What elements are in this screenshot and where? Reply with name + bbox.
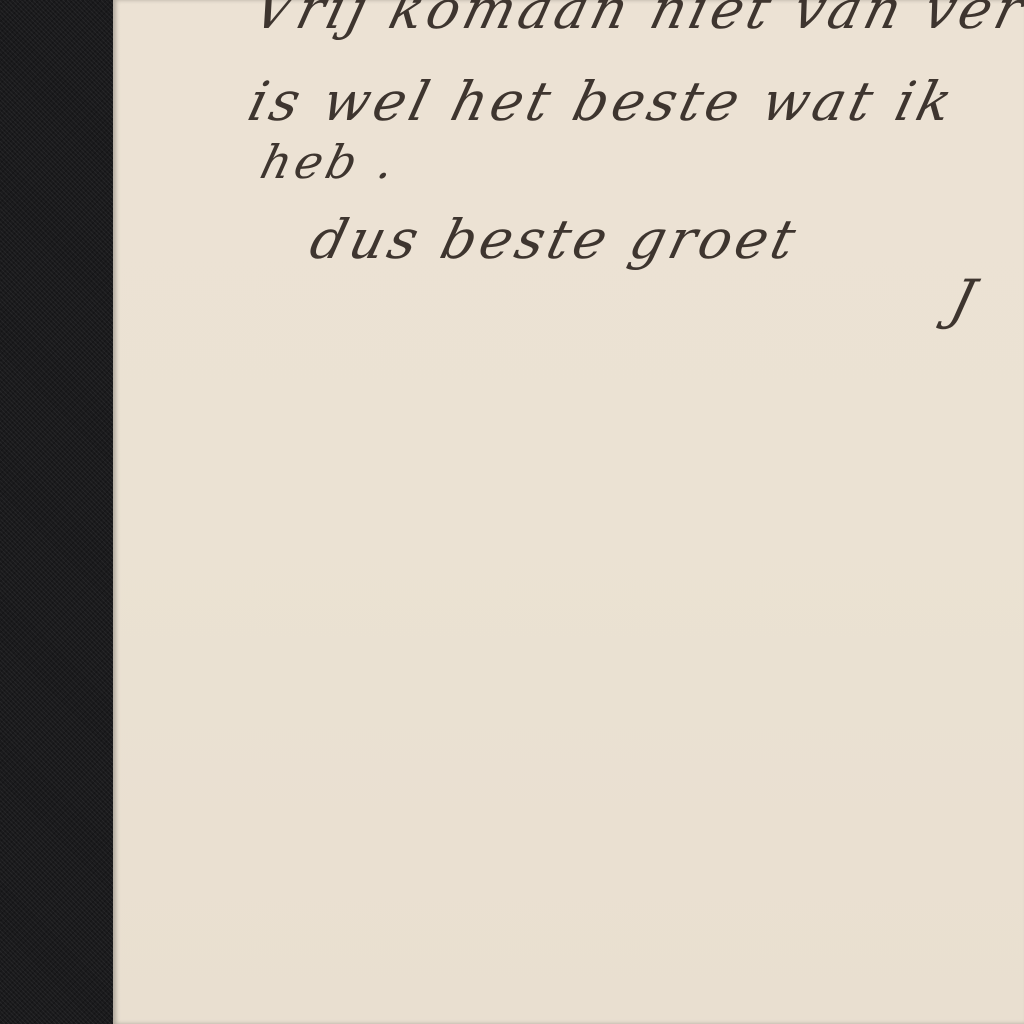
letter-page bbox=[113, 0, 1024, 1024]
letter-line-2: is wel het beste wat ik bbox=[242, 70, 962, 133]
letter-closing: dus beste groet bbox=[304, 208, 806, 271]
letter-line-1: Vrij komaan niet van vert bbox=[247, 0, 1024, 41]
letter-line-3: heb . bbox=[255, 135, 404, 189]
black-binding-strip bbox=[0, 0, 113, 1024]
